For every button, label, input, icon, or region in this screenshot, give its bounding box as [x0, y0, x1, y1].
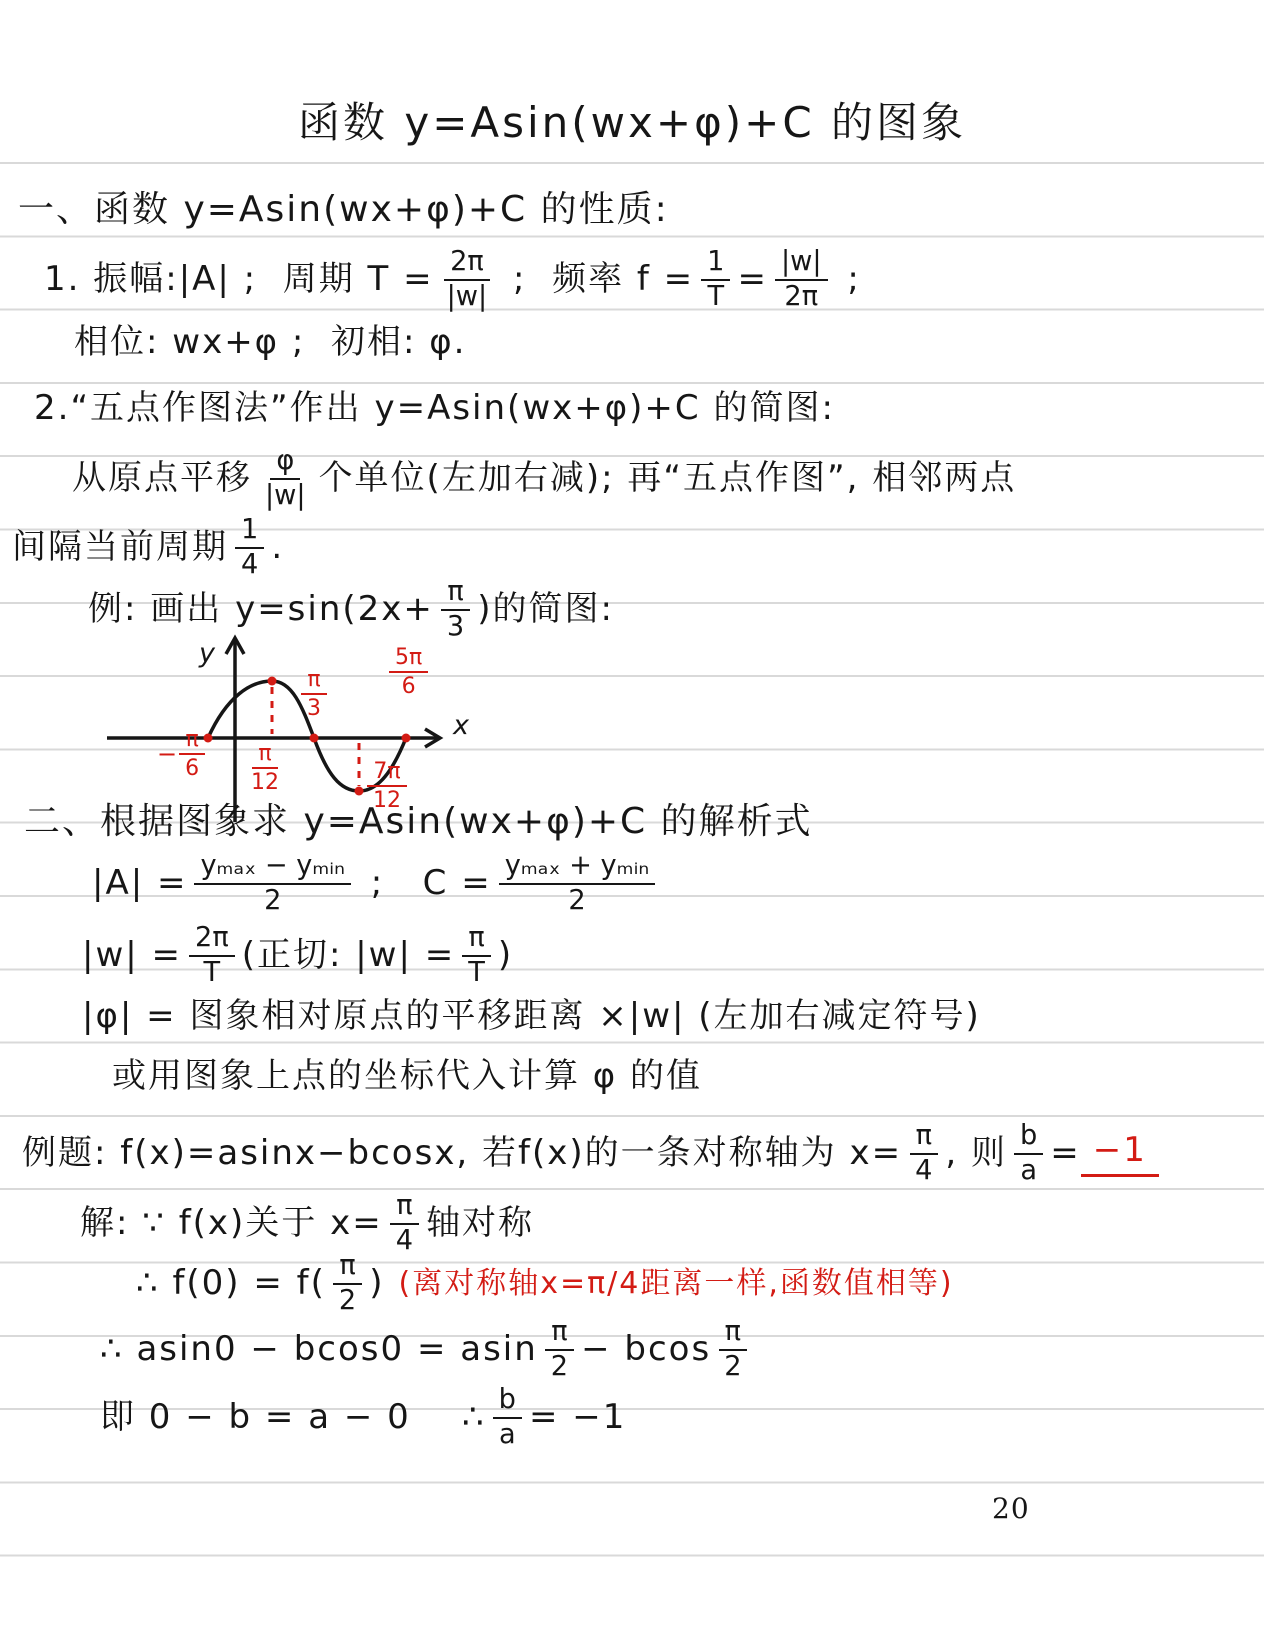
c-numerator: yₘₐₓ + yₘᵢₙ: [499, 852, 656, 885]
x-axis-label: x: [453, 710, 469, 741]
sol3-denominator-1: 2: [545, 1351, 574, 1382]
amplitude-mid: ; 频率 f =: [500, 259, 694, 300]
interval-pre: 间隔当前周期: [12, 527, 228, 568]
period-numerator: 2π: [444, 248, 490, 281]
point-min: [355, 787, 364, 796]
amp-fraction: yₘₐₓ − yₘᵢₙ 2: [194, 852, 351, 915]
page-title: 函数 y=Asin(wx+φ)+C 的图象: [298, 98, 966, 148]
amplitude-formula-line: |A| = yₘₐₓ − yₘᵢₙ 2 ; C = yₘₐₓ + yₘᵢₙ 2: [92, 852, 662, 915]
label-5pi-6: 5π 6: [387, 646, 430, 698]
phase-line: 相位: wx+φ ; 初相: φ.: [74, 322, 467, 363]
amp-numerator: yₘₐₓ − yₘᵢₙ: [194, 852, 351, 885]
shift-pre: 从原点平移: [72, 458, 252, 499]
shift-post: 个单位(左加右减); 再“五点作图”, 相邻两点: [319, 458, 1017, 499]
sol4-numerator: b: [493, 1386, 522, 1419]
phi-rule-line: |φ| = 图象相对原点的平移距离 ×|w| (左加右减定符号): [82, 996, 981, 1037]
axis-fraction: π 4: [909, 1122, 938, 1185]
phi-rule-text: |φ| = 图象相对原点的平移距离 ×|w| (左加右减定符号): [82, 996, 981, 1037]
omega-pre: |w| =: [82, 935, 182, 976]
sol2-numerator: π: [333, 1252, 361, 1285]
sine-graph: y x − π 6 π 12 π 3 5π: [95, 624, 515, 829]
sol1-pre: 解: ∵ f(x)关于 x=: [80, 1203, 383, 1244]
sol1-post: 轴对称: [426, 1203, 534, 1244]
axis-numerator: π: [910, 1122, 938, 1155]
sol1-denominator: 4: [390, 1225, 419, 1256]
sol2-fraction: π 2: [333, 1252, 362, 1315]
pi-12-fraction: π 12: [245, 742, 285, 794]
omega-paren-pre: (正切: |w| =: [242, 935, 456, 976]
omega-numerator: 2π: [189, 924, 235, 957]
problem-pre: 例题: f(x)=asinx−bcosx, 若f(x)的一条对称轴为 x=: [22, 1133, 902, 1174]
sol3-numerator-2: π: [719, 1318, 747, 1351]
5pi-6-fraction: 5π 6: [389, 646, 428, 698]
y-axis-label: y: [199, 638, 215, 669]
pi-3-numerator: π: [301, 668, 326, 695]
amp-mid: ; C =: [358, 863, 492, 904]
omega-fraction: 2π T: [189, 924, 235, 987]
sine-graph-canvas: [95, 624, 515, 829]
label-pi-3: π 3: [299, 668, 329, 720]
phi-alt-text: 或用图象上点的坐标代入计算 φ 的值: [112, 1056, 702, 1097]
point-5pi-6: [402, 734, 411, 743]
shift-numerator: φ: [270, 447, 300, 480]
problem-mid: , 则: [945, 1133, 1007, 1174]
y-axis-label-text: y: [199, 638, 215, 669]
ratio-denominator: a: [1014, 1155, 1043, 1186]
shift-denominator: |w|: [259, 480, 312, 511]
neg-pi-6-numerator: π: [179, 728, 204, 755]
amplitude-pre: 1. 振幅:|A| ; 周期 T =: [44, 259, 434, 300]
shift-step-line: 从原点平移 φ |w| 个单位(左加右减); 再“五点作图”, 相邻两点: [72, 447, 1016, 510]
sol4-denominator: a: [493, 1419, 522, 1450]
section1-heading-text: 一、函数 y=Asin(wx+φ)+C 的性质:: [18, 188, 669, 231]
problem-statement-line: 例题: f(x)=asinx−bcosx, 若f(x)的一条对称轴为 x= π …: [22, 1122, 1159, 1185]
sol3-numerator-1: π: [545, 1318, 573, 1351]
sol3-pre: ∴ asin0 − bcos0 = asin: [100, 1329, 538, 1370]
omega-paren-post: ): [498, 935, 513, 976]
sol2-denominator: 2: [333, 1285, 362, 1316]
omega-denominator: T: [198, 957, 227, 988]
label-pi-12: π 12: [243, 742, 287, 794]
pi-12-numerator: π: [252, 742, 277, 769]
interval-step-line: 间隔当前周期 1 4 .: [12, 516, 284, 579]
frequency2-numerator: |w|: [775, 248, 828, 281]
solution-line-3: ∴ asin0 − bcos0 = asin π 2 − bcos π 2: [100, 1318, 755, 1381]
omega-tan-fraction: π T: [462, 924, 491, 987]
neg-pi-6-denominator: 6: [179, 755, 205, 780]
sol3-fraction-2: π 2: [718, 1318, 747, 1381]
frequency1-denominator: T: [701, 281, 730, 312]
sol3-denominator-2: 2: [718, 1351, 747, 1382]
period-fraction: 2π |w|: [441, 248, 494, 311]
symmetry-note: (离对称轴x=π/4距离一样,函数值相等): [399, 1266, 954, 1302]
point-max: [268, 677, 277, 686]
title-text: 函数 y=Asin(wx+φ)+C 的图象: [298, 98, 966, 148]
c-fraction: yₘₐₓ + yₘᵢₙ 2: [499, 852, 656, 915]
x-axis-label-text: x: [453, 710, 469, 741]
5pi-6-numerator: 5π: [389, 646, 428, 673]
axis-denominator: 4: [909, 1155, 938, 1186]
problem-eq: =: [1050, 1133, 1081, 1174]
five-point-heading-text: 2.“五点作图法”作出 y=Asin(wx+φ)+C 的简图:: [34, 388, 835, 429]
omega-tan-numerator: π: [462, 924, 490, 957]
page-number-text: 20: [992, 1492, 1030, 1525]
quarter-numerator: 1: [235, 516, 264, 549]
sol4-pre: 即 0 − b = a − 0 ∴: [100, 1397, 486, 1438]
omega-tan-denominator: T: [462, 957, 491, 988]
interval-post: .: [271, 527, 284, 568]
pi-12-denominator: 12: [245, 769, 285, 794]
amp-denominator: 2: [258, 885, 287, 916]
pi-3-denominator: 3: [301, 695, 327, 720]
sol1-fraction: π 4: [390, 1192, 419, 1255]
section2-heading: 二、根据图象求 y=Asin(wx+φ)+C 的解析式: [24, 800, 813, 843]
five-point-heading: 2.“五点作图法”作出 y=Asin(wx+φ)+C 的简图:: [34, 388, 835, 429]
7pi-12-numerator: 7π: [367, 760, 406, 787]
sol1-numerator: π: [390, 1192, 418, 1225]
quarter-fraction: 1 4: [235, 516, 264, 579]
answer-value: −1: [1081, 1130, 1159, 1177]
neg-sign: −: [157, 740, 177, 768]
solution-line-1: 解: ∵ f(x)关于 x= π 4 轴对称: [80, 1192, 534, 1255]
point-pi-3: [310, 734, 319, 743]
sol4-fraction: b a: [493, 1386, 522, 1449]
frequency-fraction-2: |w| 2π: [775, 248, 828, 311]
frequency-fraction-1: 1 T: [701, 248, 730, 311]
phase-text: 相位: wx+φ ; 初相: φ.: [74, 322, 467, 363]
notebook-page: 函数 y=Asin(wx+φ)+C 的图象 一、函数 y=Asin(wx+φ)+…: [0, 0, 1264, 1635]
period-denominator: |w|: [441, 281, 494, 312]
amplitude-eq: =: [737, 259, 768, 300]
label-neg-pi-6: − π 6: [157, 728, 207, 780]
5pi-6-denominator: 6: [396, 673, 422, 698]
solution-line-2: ∴ f(0) = f( π 2 ) (离对称轴x=π/4距离一样,函数值相等): [136, 1252, 954, 1315]
section2-heading-text: 二、根据图象求 y=Asin(wx+φ)+C 的解析式: [24, 800, 813, 843]
neg-pi-6-fraction: π 6: [179, 728, 205, 780]
example-numerator: π: [441, 578, 469, 611]
sol2-post: ): [369, 1263, 384, 1304]
page-number: 20: [992, 1492, 1030, 1525]
shift-fraction: φ |w|: [259, 447, 312, 510]
omega-formula-line: |w| = 2π T (正切: |w| = π T ): [82, 924, 513, 987]
ratio-fraction: b a: [1014, 1122, 1043, 1185]
sol4-post: = −1: [529, 1397, 626, 1438]
amp-pre: |A| =: [92, 863, 187, 904]
sol3-fraction-1: π 2: [545, 1318, 574, 1381]
solution-line-4: 即 0 − b = a − 0 ∴ b a = −1: [100, 1386, 626, 1449]
c-denominator: 2: [562, 885, 591, 916]
frequency1-numerator: 1: [701, 248, 730, 281]
amplitude-end: ;: [835, 259, 861, 300]
sol3-mid: − bcos: [581, 1329, 711, 1370]
sol2-pre: ∴ f(0) = f(: [136, 1263, 326, 1304]
section1-heading: 一、函数 y=Asin(wx+φ)+C 的性质:: [18, 188, 669, 231]
amplitude-line: 1. 振幅:|A| ; 周期 T = 2π |w| ; 频率 f = 1 T =…: [44, 248, 861, 311]
frequency2-denominator: 2π: [778, 281, 824, 312]
phi-alt-line: 或用图象上点的坐标代入计算 φ 的值: [112, 1056, 702, 1097]
quarter-denominator: 4: [235, 549, 264, 580]
ratio-numerator: b: [1014, 1122, 1043, 1155]
pi-3-fraction: π 3: [301, 668, 327, 720]
